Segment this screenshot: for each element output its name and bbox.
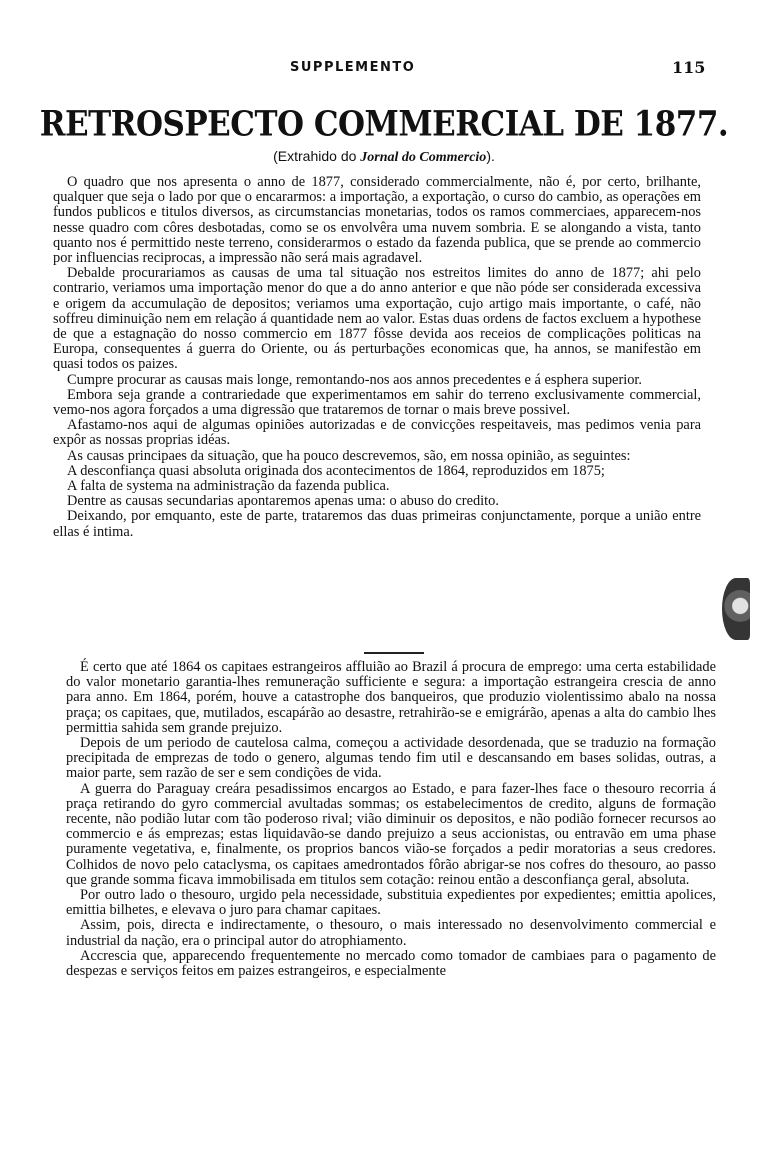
subtitle-prefix: (Extrahido do	[273, 148, 360, 164]
paragraph: Debalde procurariamos as causas de uma t…	[53, 266, 701, 372]
page-number: 115	[672, 58, 705, 77]
paragraph: A falta de systema na administração da f…	[53, 479, 701, 494]
paragraph: Embora seja grande a contrariedade que e…	[53, 388, 701, 418]
paragraph: As causas principaes da situação, que ha…	[53, 449, 701, 464]
subtitle-suffix: ).	[486, 148, 495, 164]
paragraph: Deixando, por emquanto, este de parte, t…	[53, 509, 701, 539]
paragraph: Assim, pois, directa e indirectamente, o…	[66, 918, 716, 948]
paragraph: Afastamo-nos aqui de algumas opiniões au…	[53, 418, 701, 448]
article-section-1: O quadro que nos apresenta o anno de 187…	[53, 175, 701, 540]
document-page: SUPPLEMENTO 115 RETROSPECTO COMMERCIAL D…	[0, 0, 768, 1158]
margin-stamp-mark	[722, 578, 750, 640]
section-separator-rule	[364, 652, 424, 654]
running-title: SUPPLEMENTO	[290, 60, 415, 75]
article-section-2: É certo que até 1864 os capitaes estrang…	[66, 660, 716, 979]
article-title: RETROSPECTO COMMERCIAL DE 1877.	[0, 104, 768, 144]
paragraph: A guerra do Paraguay creára pesadissimos…	[66, 782, 716, 888]
subtitle-source: Jornal do Commercio	[360, 150, 486, 165]
paragraph: Depois de um periodo de cautelosa calma,…	[66, 736, 716, 782]
paragraph: Dentre as causas secundarias apontaremos…	[53, 494, 701, 509]
paragraph: Accrescia que, apparecendo frequentement…	[66, 949, 716, 979]
paragraph: A desconfiança quasi absoluta originada …	[53, 464, 701, 479]
paragraph: Cumpre procurar as causas mais longe, re…	[53, 373, 701, 388]
paragraph: O quadro que nos apresenta o anno de 187…	[53, 175, 701, 266]
article-subtitle: (Extrahido do Jornal do Commercio).	[0, 148, 768, 166]
running-header: SUPPLEMENTO 115	[0, 60, 768, 82]
paragraph: É certo que até 1864 os capitaes estrang…	[66, 660, 716, 736]
paragraph: Por outro lado o thesouro, urgido pela n…	[66, 888, 716, 918]
